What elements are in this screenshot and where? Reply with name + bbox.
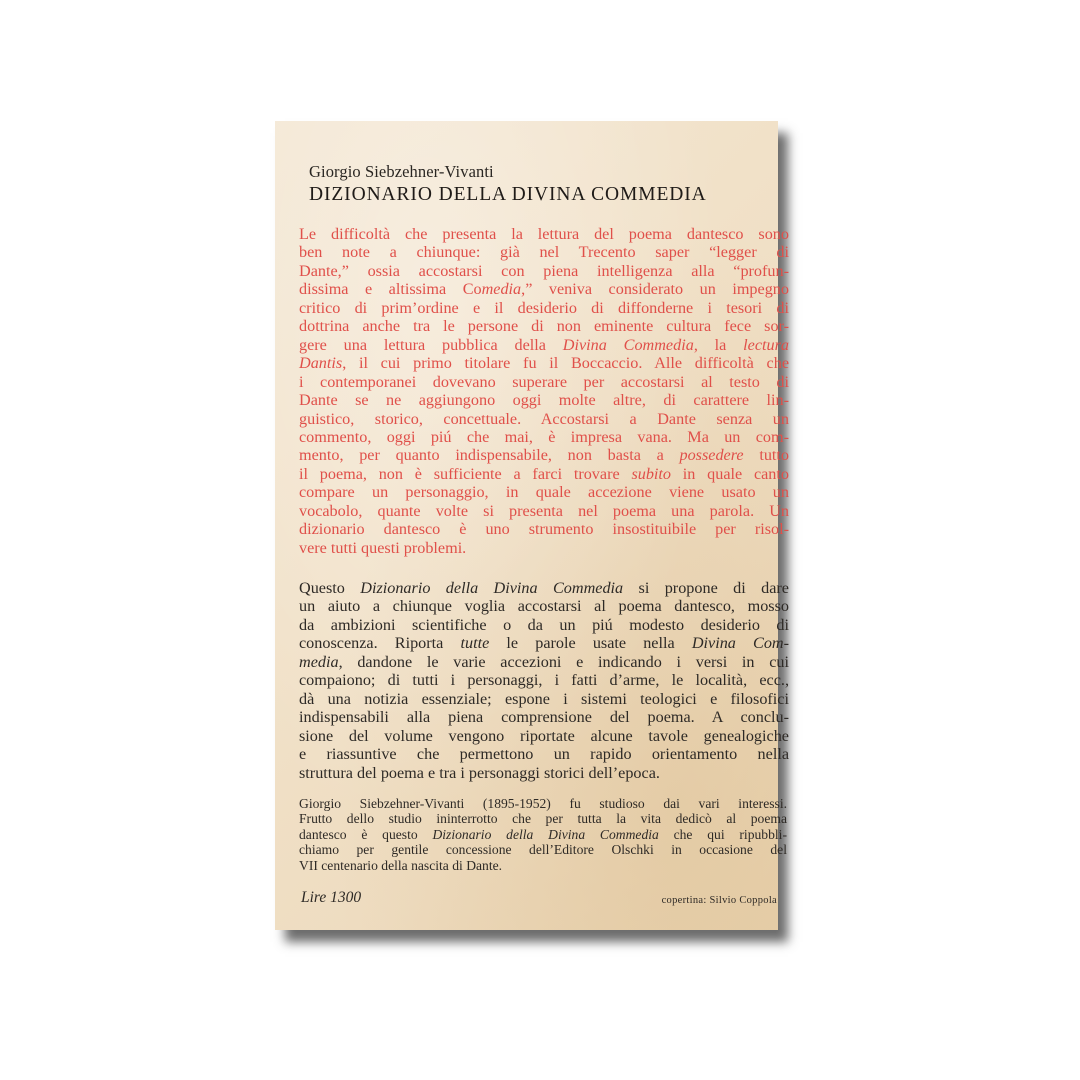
text-line: critico di prim’ordine e il desiderio di… (299, 299, 789, 317)
text-line: Le difficoltà che presenta la lettura de… (299, 225, 789, 243)
text-line: compaiono; di tutti i personaggi, i fatt… (299, 671, 789, 689)
text-line: dizionario dantesco è uno strumento inso… (299, 520, 789, 538)
text-line: Questo Dizionario della Divina Commedia … (299, 579, 789, 597)
text-line: da ambizioni scientifiche o da un piú mo… (299, 616, 789, 634)
author-name: Giorgio Siebzehner-Vivanti (309, 162, 494, 182)
text-line: guistico, storico, concettuale. Accostar… (299, 410, 789, 428)
text-line: vocabolo, quante volte si presenta nel p… (299, 502, 789, 520)
text-line: un aiuto a chiunque voglia accostarsi al… (299, 597, 789, 615)
text-line: dantesco è questo Dizionario della Divin… (299, 827, 787, 842)
text-line: sione del volume vengono riportate alcun… (299, 727, 789, 745)
text-line: indispensabili alla piena comprensione d… (299, 708, 789, 726)
text-line: Giorgio Siebzehner-Vivanti (1895-1952) f… (299, 796, 787, 811)
text-line: i contemporanei dovevano superare per ac… (299, 373, 789, 391)
book-back-cover: Giorgio Siebzehner-Vivanti DIZIONARIO DE… (275, 121, 778, 930)
text-line: dissima e altissima Comedia,” veniva con… (299, 280, 789, 298)
intro-paragraph-red: Le difficoltà che presenta la lettura de… (299, 225, 789, 557)
text-line: Dante,” ossia accostarsi con piena intel… (299, 262, 789, 280)
text-line: il poema, non è sufficiente a farci trov… (299, 465, 789, 483)
text-line: struttura del poema e tra i personaggi s… (299, 764, 789, 782)
text-line: conoscenza. Riporta tutte le parole usat… (299, 634, 789, 652)
text-line: chiamo per gentile concessione dell’Edit… (299, 842, 787, 857)
text-line: VII centenario della nascita di Dante. (299, 858, 787, 873)
price-label: Lire 1300 (301, 889, 361, 907)
text-line: ben note a chiunque: già nel Trecento sa… (299, 243, 789, 261)
description-paragraph: Questo Dizionario della Divina Commedia … (299, 579, 789, 782)
text-line: Frutto dello studio ininterrotto che per… (299, 811, 787, 826)
text-line: media, dandone le varie accezioni e indi… (299, 653, 789, 671)
book-title: DIZIONARIO DELLA DIVINA COMMEDIA (309, 184, 707, 206)
text-line: mento, per quanto indispensabile, non ba… (299, 446, 789, 464)
author-bio-paragraph: Giorgio Siebzehner-Vivanti (1895-1952) f… (299, 796, 787, 873)
text-line: dà una notizia essenziale; espone i sist… (299, 690, 789, 708)
text-line: Dantis, il cui primo titolare fu il Bocc… (299, 354, 789, 372)
text-line: Dante se ne aggiungono oggi molte altre,… (299, 391, 789, 409)
text-line: dottrina anche tra le persone di non emi… (299, 317, 789, 335)
cover-credit: copertina: Silvio Coppola (662, 895, 777, 906)
text-line: compare un personaggio, in quale accezio… (299, 483, 789, 501)
text-line: e riassuntive che permettono un rapido o… (299, 745, 789, 763)
text-line: vere tutti questi problemi. (299, 539, 789, 557)
text-line: gere una lettura pubblica della Divina C… (299, 336, 789, 354)
text-line: commento, oggi piú che mai, è impresa va… (299, 428, 789, 446)
